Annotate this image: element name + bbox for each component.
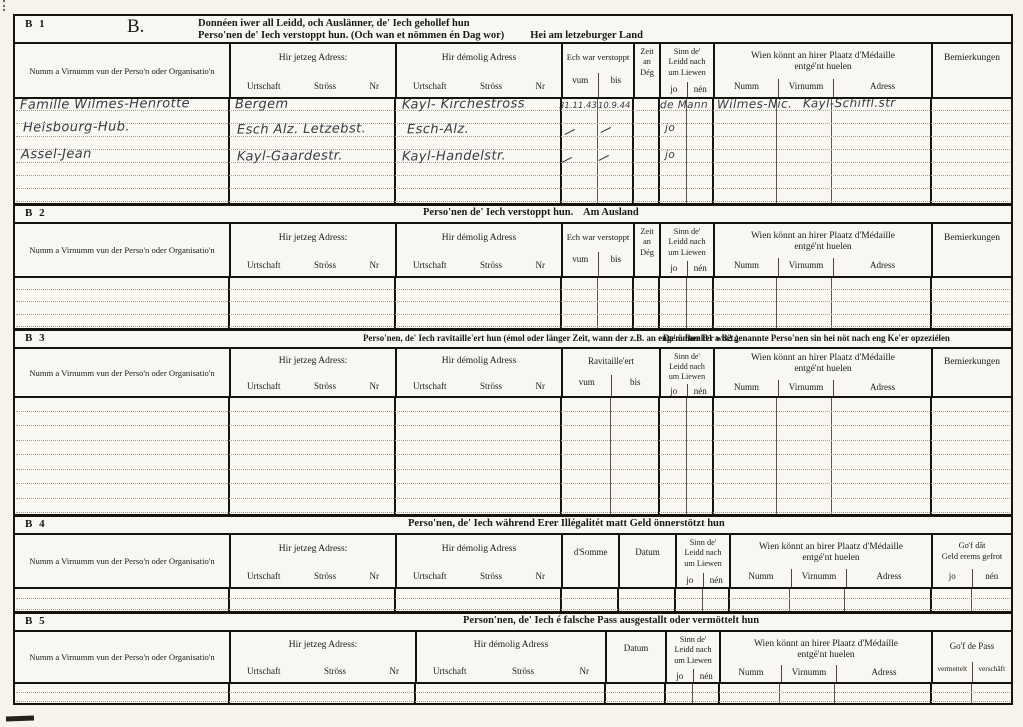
column-divider <box>971 589 972 611</box>
vum-label: vum <box>563 73 598 97</box>
former-address-header: Hir démolig Adress <box>417 640 605 650</box>
section-b3: B 3 Perso'nen, de' Iech ravitaille'ert h… <box>15 328 1011 514</box>
column-divider <box>712 278 714 328</box>
b1-table-body: Famille Wilmes-Henrotte Bergem Kayl- Kir… <box>15 99 1011 203</box>
column-divider <box>776 278 777 328</box>
vermettelt-label: vermettelt <box>933 662 972 682</box>
current-address-column: Hir jetzeg Adress: Urtschaft Ströss Nr <box>229 224 395 276</box>
bemierkungen-header: Bemierkungen <box>933 233 1011 243</box>
still-alive-column: Sinn de' Leidd nach um Liewen jo nén <box>659 224 713 276</box>
somme-header: d'Somme <box>563 547 618 557</box>
dotted-row-line <box>16 201 1010 202</box>
column-divider <box>228 398 230 514</box>
former-address-header: Hir démolig Adress <box>397 53 561 63</box>
handwritten-date: 31.11.43 <box>559 101 597 111</box>
dotted-row-line <box>16 411 1010 412</box>
datum-header: Datum <box>620 547 675 557</box>
b1-titlebar: B 1 B. Donnéen iwer all Leidd, och Auslä… <box>15 16 1011 44</box>
column-divider <box>930 398 932 514</box>
nr-label: Nr <box>535 81 545 91</box>
money-returned-column: Go'f dât Geld erems gefrot jo nén <box>931 535 1011 587</box>
dotted-row-line <box>16 609 1010 610</box>
nen-label: nén <box>687 82 714 97</box>
b3-titlebar: B 3 Perso'nen, de' Iech ravitaille'ert h… <box>15 331 1011 349</box>
former-address-header: Hir démolig Adress <box>397 544 561 554</box>
column-divider <box>560 278 562 328</box>
former-address-column: Hir démolig Adress Urtschaft Ströss Nr <box>395 535 561 587</box>
datum-header: Datum <box>607 643 665 653</box>
stross-label: Ströss <box>480 81 502 91</box>
dotted-row-line <box>16 136 1010 137</box>
supplied-period-column: Ravitaille'ert vum bis <box>561 349 659 396</box>
dotted-row-line <box>16 498 1010 499</box>
sinn-header: Sinn de' Leidd nach um Liewen <box>667 632 719 666</box>
form-table-frame: B 1 B. Donnéen iwer all Leidd, och Auslä… <box>13 14 1013 705</box>
former-address-column: Hir démolig Adress Urtschaft Ströss Nr <box>395 44 561 97</box>
former-address-header: Hir démolig Adress <box>397 233 561 243</box>
days-column: Zeit an Dég <box>633 44 659 97</box>
column-divider <box>394 278 396 328</box>
jo-label: jo <box>661 82 687 97</box>
b5-table-body <box>15 684 1011 703</box>
column-divider <box>597 278 598 328</box>
b2-title: Perso'nen de' Iech verstoppt hun. <box>423 207 573 218</box>
numm-label: Numm <box>715 79 778 97</box>
hidden-period-column: Ech war verstoppt vum bis <box>561 224 633 276</box>
urtschaft-label: Urtschaft <box>247 81 281 91</box>
column-divider <box>728 589 730 611</box>
remarks-column: Bemierkungen <box>931 224 1011 276</box>
b4-header-row: Numm a Virnumm vun der Perso'n oder Orga… <box>15 535 1011 589</box>
dotted-row-line <box>16 454 1010 455</box>
b2-titlebar: B 2 Perso'nen de' Iech verstoppt hun. Am… <box>15 206 1011 224</box>
handwritten-alive: jo <box>665 149 675 161</box>
name-column-header: Numm a Virnumm vun der Perso'n oder Orga… <box>15 535 229 587</box>
sinn-header: Sinn de' Leidd nach um Liewen <box>661 44 713 78</box>
medaille-header: Wien könnt an hirer Plaatz d'Médaille en… <box>731 542 931 565</box>
dotted-row-line <box>16 188 1010 189</box>
bemierkungen-header: Bemierkungen <box>933 53 1011 63</box>
column-divider <box>610 398 611 514</box>
medaille-header: Wien könnt an hirer Plaatz d'Médaille en… <box>715 353 931 376</box>
handwritten-heir-name: Wilmes-Nic. <box>717 99 792 111</box>
still-alive-column: Sinn de' Leidd nach um Liewen jo nén <box>659 349 713 396</box>
still-alive-column: Sinn de' Leidd nach um Liewen jo nén <box>675 535 729 587</box>
handwritten-ditto-mark: / <box>596 152 610 166</box>
handwritten-address: Kayl- Kirchestross <box>402 99 525 113</box>
dotted-row-line <box>16 425 1010 426</box>
medaille-header: Wien könnt an hirer Plaatz d'Médaille en… <box>715 231 931 254</box>
column-divider <box>658 398 660 514</box>
dotted-row-line <box>16 598 1010 599</box>
column-divider <box>831 278 832 328</box>
dotted-row-line <box>16 301 1010 302</box>
medal-heir-column: Wien könnt an hirer Plaatz d'Médaille en… <box>713 44 931 97</box>
handwritten-alive: de Mann <box>660 99 708 111</box>
column-divider <box>617 589 619 611</box>
b5-title: Person'nen, de' Iech é falsche Pass ausg… <box>463 615 759 626</box>
column-divider <box>776 398 777 514</box>
handwritten-alive: jo <box>665 122 675 134</box>
nr-label: Nr <box>369 81 379 91</box>
column-divider <box>930 278 932 328</box>
zeit-an-deg-header: Zeit an Dég <box>635 44 659 78</box>
urtschaft-label: Urtschaft <box>413 81 447 91</box>
column-divider <box>844 589 845 611</box>
current-address-header: Hir jetzeg Adress: <box>231 53 395 63</box>
current-address-column: Hir jetzeg Adress: Urtschaft Ströss Nr <box>229 632 415 682</box>
b5-header-row: Numm a Virnumm vun der Perso'n oder Orga… <box>15 632 1011 684</box>
b1-title-line1: Donnéen iwer all Leidd, och Auslänner, d… <box>198 18 643 30</box>
section-b2: B 2 Perso'nen de' Iech verstoppt hun. Am… <box>15 203 1011 328</box>
b4-titlebar: B 4 Perso'nen, de' Iech während Erer Ill… <box>15 517 1011 535</box>
dotted-row-line <box>16 289 1010 290</box>
current-address-header: Hir jetzeg Adress: <box>231 544 395 554</box>
date-column: Datum <box>605 632 665 682</box>
column-divider <box>394 589 396 611</box>
dotted-row-line <box>16 162 1010 163</box>
gof-de-pass-header: Go'f de Pass <box>933 641 1011 651</box>
b2-title-right: Am Ausland <box>583 207 639 218</box>
former-address-column: Hir démolig Adress Urtschaft Ströss Nr <box>415 632 605 682</box>
current-address-column: Hir jetzeg Adress: Urtschaft Ströss Nr <box>229 535 395 587</box>
column-divider <box>658 278 660 328</box>
still-alive-column: Sinn de' Leidd nach um Liewen jo nén <box>659 44 713 97</box>
current-address-column: Hir jetzeg Adress: Urtschaft Ströss Nr <box>229 44 395 97</box>
former-address-header: Hir démolig Adress <box>397 356 561 366</box>
column-divider <box>560 589 562 611</box>
sinn-header: Sinn de' Leidd nach um Liewen <box>661 224 713 258</box>
dotted-row-line <box>16 175 1010 176</box>
dotted-row-line <box>16 326 1010 327</box>
sinn-header: Sinn de' Leidd nach um Liewen <box>661 349 713 382</box>
handwritten-name: Famille Wilmes-Henrotte <box>20 99 190 113</box>
column-divider <box>674 589 676 611</box>
geld-gefrot-header: Go'f dât Geld erems gefrot <box>933 541 1011 562</box>
dotted-row-line <box>16 469 1010 470</box>
section-b4: B 4 Perso'nen, de' Iech während Erer Ill… <box>15 514 1011 611</box>
dotted-row-line <box>16 440 1010 441</box>
zeit-an-deg-header: Zeit an Dég <box>635 224 659 258</box>
current-address-header: Hir jetzeg Adress: <box>231 233 395 243</box>
b2-table-body <box>15 278 1011 328</box>
handwritten-name: Assel-Jean <box>21 147 92 163</box>
b1-title-line2: Perso'nen de' Iech verstoppt hun. (Och w… <box>198 30 504 41</box>
pass-provided-column: Go'f de Pass vermettelt verschâft <box>931 632 1011 682</box>
column-divider <box>632 278 634 328</box>
remarks-column: Bemierkungen <box>931 44 1011 97</box>
virnumm-label: Virnumm <box>778 79 833 97</box>
section-b1: B 1 B. Donnéen iwer all Leidd, och Auslä… <box>15 16 1011 203</box>
dotted-row-line <box>16 314 1010 315</box>
ravitailleert-header: Ravitaille'ert <box>563 356 659 366</box>
b3-title-right: De' önner B1 a B2 genannte Perso'nen sin… <box>663 333 950 343</box>
former-address-column: Hir démolig Adress Urtschaft Ströss Nr <box>395 224 561 276</box>
medaille-header: Wien könnt an hirer Plaatz d'Médaille en… <box>721 639 931 662</box>
remarks-column: Bemierkungen <box>931 349 1011 396</box>
handwritten-address: Esch-Alz. <box>407 122 469 138</box>
b2-section-label: B 2 <box>25 207 47 219</box>
bemierkungen-header: Bemierkungen <box>933 357 1011 367</box>
b4-title: Perso'nen, de' Iech während Erer Illégal… <box>408 518 725 529</box>
column-divider <box>789 589 790 611</box>
amount-column: d'Somme <box>561 535 618 587</box>
section-b5: B 5 Person'nen, de' Iech é falsche Pass … <box>15 611 1011 703</box>
date-column: Datum <box>618 535 675 587</box>
column-divider <box>560 398 562 514</box>
scanned-form-page: { "colors": { "paper": "#f9f7f1", "ink":… <box>0 0 1023 727</box>
bis-label: bis <box>598 73 634 97</box>
b2-header-row: Numm a Virnumm vun der Perso'n oder Orga… <box>15 224 1011 278</box>
column-divider <box>394 398 396 514</box>
column-divider <box>930 589 932 611</box>
handwritten-address: Kayl-Gaardestr. <box>237 148 343 164</box>
name-column-header: Numm a Virnumm vun der Perso'n oder Orga… <box>15 224 229 276</box>
b3-table-body <box>15 398 1011 514</box>
verschaft-label: verschâft <box>972 662 1012 682</box>
current-address-header: Hir jetzeg Adress: <box>231 356 395 366</box>
current-address-header: Hir jetzeg Adress: <box>231 640 415 650</box>
column-divider <box>712 398 714 514</box>
adress-label: Adress <box>833 79 931 97</box>
column-divider <box>228 278 230 328</box>
b3-section-label: B 3 <box>25 332 47 344</box>
name-column-header: Numm a Virnumm vun der Perso'n oder Orga… <box>15 632 229 682</box>
b1-title-right: Hei am letzeburger Land <box>530 30 643 41</box>
medal-heir-column: Wien könnt an hirer Plaatz d'Médaille en… <box>729 535 931 587</box>
b4-table-body <box>15 589 1011 611</box>
verstoppt-header: Ech war verstoppt <box>563 232 633 242</box>
days-column: Zeit an Dég <box>633 224 659 276</box>
page-edge-mark <box>3 0 5 11</box>
b5-section-label: B 5 <box>25 615 47 627</box>
handwritten-name: Heisbourg-Hub. <box>23 119 130 135</box>
hidden-period-column: Ech war verstoppt vum bis <box>561 44 633 97</box>
dotted-row-line <box>16 123 1010 124</box>
column-divider <box>702 589 703 611</box>
dotted-row-line <box>16 149 1010 150</box>
name-column-header: Numm a Virnumm vun der Perso'n oder Orga… <box>15 349 229 396</box>
page-edge-mark <box>6 716 34 722</box>
dotted-row-line <box>16 512 1010 513</box>
stross-label: Ströss <box>314 81 336 91</box>
name-column-header: Numm a Virnumm vun der Perso'n oder Orga… <box>15 44 229 97</box>
medal-heir-column: Wien könnt an hirer Plaatz d'Médaille en… <box>713 224 931 276</box>
b1-big-letter: B. <box>127 16 144 38</box>
handwritten-address: Esch Alz. Letzebst. <box>237 121 366 137</box>
current-address-column: Hir jetzeg Adress: Urtschaft Ströss Nr <box>229 349 395 396</box>
b4-section-label: B 4 <box>25 518 47 530</box>
b5-titlebar: B 5 Person'nen, de' Iech é falsche Pass … <box>15 614 1011 632</box>
handwritten-date: 10.9.44 <box>598 101 631 111</box>
b1-header-row: Numm a Virnumm vun der Perso'n oder Orga… <box>15 44 1011 99</box>
medal-heir-column: Wien könnt an hirer Plaatz d'Médaille en… <box>713 349 931 396</box>
column-divider <box>686 398 687 514</box>
dotted-row-line <box>16 701 1010 702</box>
dotted-row-line <box>16 692 1010 693</box>
still-alive-column: Sinn de' Leidd nach um Liewen jo nén <box>665 632 719 682</box>
sinn-header: Sinn de' Leidd nach um Liewen <box>677 535 729 569</box>
b1-section-label: B 1 <box>25 18 47 30</box>
handwritten-address: Kayl-Handelstr. <box>402 148 506 164</box>
column-divider <box>228 589 230 611</box>
medaille-header: Wien könnt an hirer Plaatz d'Médaille en… <box>715 51 931 74</box>
former-address-column: Hir démolig Adress Urtschaft Ströss Nr <box>395 349 561 396</box>
dotted-row-line <box>16 483 1010 484</box>
column-divider <box>831 398 832 514</box>
verstoppt-header: Ech war verstoppt <box>563 52 633 62</box>
handwritten-heir-address: Kayl-Schiffl.str <box>803 99 896 110</box>
handwritten-ditto-mark: / <box>562 126 576 140</box>
column-divider <box>686 278 687 328</box>
b3-header-row: Numm a Virnumm vun der Perso'n oder Orga… <box>15 349 1011 398</box>
handwritten-address: Bergem <box>235 99 289 112</box>
medal-heir-column: Wien könnt an hirer Plaatz d'Médaille en… <box>719 632 931 682</box>
